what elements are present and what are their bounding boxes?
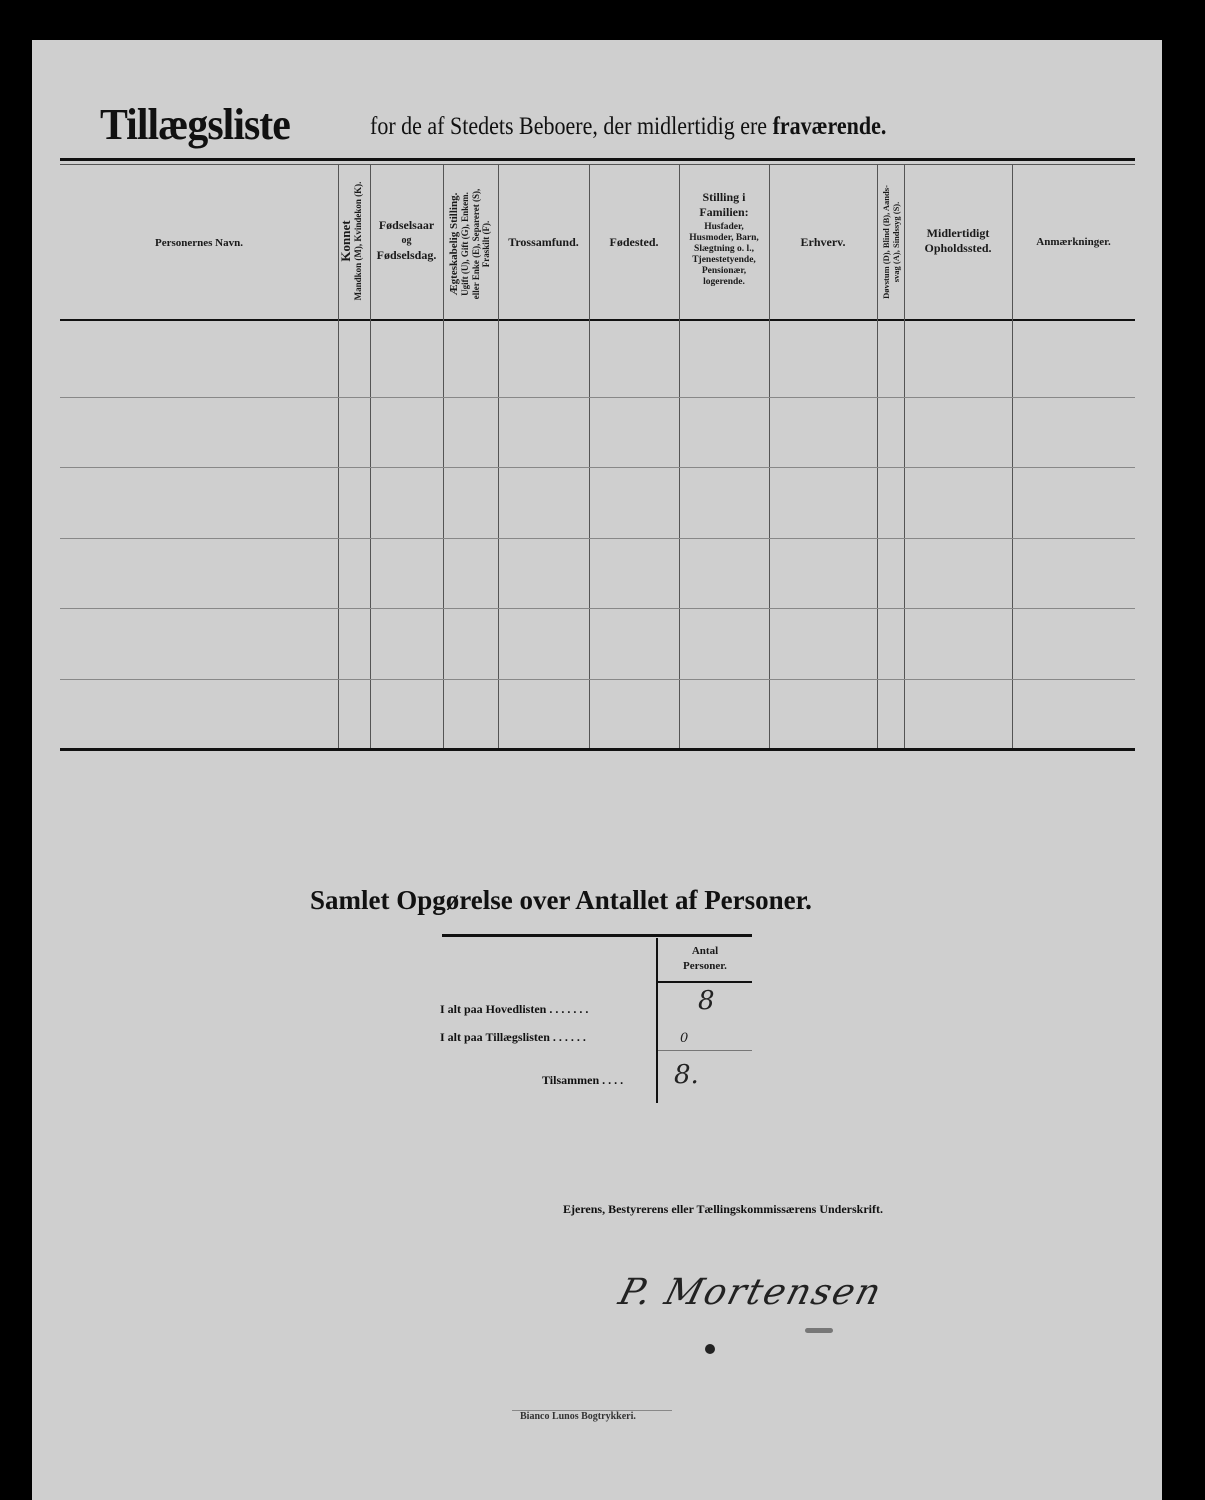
header-birth-line1: Fødselsaar — [370, 218, 443, 233]
header-marital-line3: eller Enke (E), Separeret (S), — [471, 174, 482, 314]
summary-column-header: Antal Personer. — [660, 944, 750, 974]
header-sex-detail: Mandkon (M), Kvindekon (K). — [353, 161, 364, 321]
summary-column-header-line2: Personer. — [660, 959, 750, 974]
table-row[interactable] — [60, 398, 1135, 466]
table-bottom-rule — [60, 748, 1135, 751]
summary-vertical-rule — [656, 938, 658, 1103]
summary-column-header-line1: Antal — [660, 944, 750, 959]
header-occupation: Erhverv. — [769, 235, 877, 250]
header-sex: Konnet Mandkon (M), Kvindekon (K). — [339, 161, 369, 321]
header-disability-line2: svag (A), Sindssyg (S). — [891, 180, 901, 304]
header-birth-line3: Fødselsdag. — [370, 248, 443, 263]
table-top-rule — [60, 158, 1135, 161]
ink-smudge — [805, 1328, 833, 1333]
ink-blot — [705, 1344, 715, 1354]
header-religion: Trossamfund. — [498, 235, 589, 250]
summary-value-main-list: 8 — [698, 986, 715, 1016]
header-family-detail: Husfader, Husmoder, Barn, Slægtning o. l… — [681, 222, 767, 288]
summary-label-main-list: I alt paa Hovedlisten . . . . . . . — [440, 1002, 588, 1017]
header-marital-line2: Ugift (U), Gift (G), Enkem. — [460, 174, 471, 314]
table-row[interactable] — [60, 468, 1135, 537]
form-title: Tillægsliste — [100, 100, 290, 150]
header-temp-residence: Midlertidigt Opholdssted. — [912, 226, 1004, 256]
table-top-rule-thin — [60, 164, 1135, 165]
header-disability-line1: Døvstum (D), Blind (B), Aands- — [881, 180, 891, 304]
summary-label-supplement-list: I alt paa Tillægslisten . . . . . . — [440, 1030, 586, 1045]
census-form-page — [32, 40, 1162, 1500]
summary-top-rule — [442, 934, 752, 937]
table-row[interactable] — [60, 680, 1135, 747]
header-remarks: Anmærkninger. — [1012, 235, 1135, 250]
form-subtitle-emphasis: fraværende. — [773, 113, 887, 140]
summary-value-supplement-list: 0 — [680, 1031, 688, 1046]
table-row[interactable] — [60, 322, 1135, 396]
signature-label: Ejerens, Bestyrerens eller Tællingskommi… — [563, 1202, 883, 1217]
summary-label-total: Tilsammen . . . . — [542, 1073, 623, 1088]
summary-title: Samlet Opgørelse over Antallet af Person… — [310, 884, 812, 916]
header-family-title: Stilling i Familien: — [681, 190, 767, 220]
summary-value-total: 8. — [674, 1060, 699, 1090]
header-name: Personernes Navn. — [60, 236, 338, 251]
summary-subtotal-rule — [658, 1050, 752, 1051]
header-disability: Døvstum (D), Blind (B), Aands- svag (A),… — [881, 180, 903, 304]
signature: P. Mortensen — [615, 1272, 887, 1313]
header-family-position: Stilling i Familien: Husfader, Husmoder,… — [681, 190, 767, 288]
header-birth-line2: og — [370, 233, 443, 248]
header-sex-title: Konnet — [339, 161, 353, 321]
table-row[interactable] — [60, 539, 1135, 607]
summary-header-rule — [658, 981, 752, 983]
form-subtitle: for de af Stedets Beboere, der midlertid… — [370, 112, 886, 142]
printer-credit: Bianco Lunos Bogtrykkeri. — [520, 1411, 636, 1422]
header-marital-title: Ægteskabelig Stilling. — [448, 174, 460, 314]
header-marital-line4: Fraskilt (F). — [481, 174, 492, 314]
header-marital: Ægteskabelig Stilling. Ugift (U), Gift (… — [448, 174, 492, 314]
form-subtitle-text: for de af Stedets Beboere, der midlertid… — [370, 113, 767, 140]
header-birth: Fødselsaar og Fødselsdag. — [370, 218, 443, 263]
table-row[interactable] — [60, 609, 1135, 678]
header-bottom-rule — [60, 319, 1135, 321]
header-birthplace: Fødested. — [589, 235, 679, 250]
